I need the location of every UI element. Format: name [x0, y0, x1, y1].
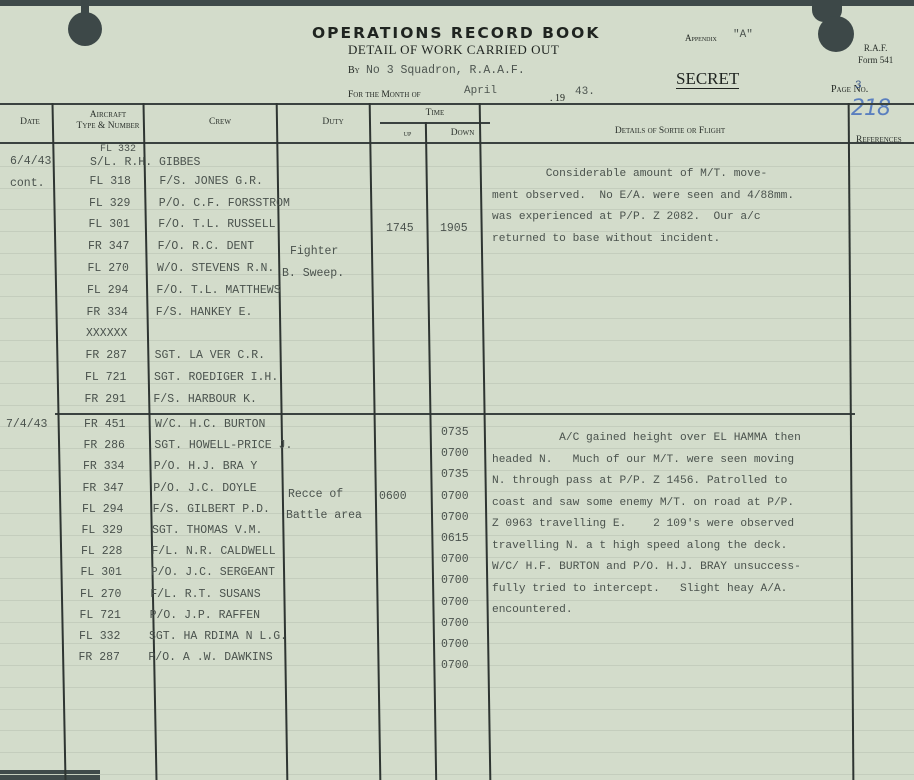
page-number: 3	[855, 80, 862, 92]
aircraft-number: FL 228	[81, 545, 122, 558]
column-header-references: References	[856, 135, 914, 146]
ruled-line	[0, 730, 914, 731]
column-header-duty: Duty	[286, 117, 380, 128]
entry-time-up: 0600	[379, 490, 407, 503]
crew-member: P/O. J.P. RAFFEN	[150, 609, 260, 622]
page-title: OPERATIONS RECORD BOOK	[312, 24, 600, 42]
aircraft-number: FR 334	[83, 460, 124, 473]
crew-member: F/O. T.L. RUSSELL	[158, 218, 275, 231]
month-value: April	[464, 85, 497, 97]
handwritten-page-number: 218	[851, 96, 890, 121]
aircraft-number: FR 287	[86, 349, 127, 362]
crew-member: F/L. N.R. CALDWELL	[151, 545, 275, 558]
squadron-name: No 3 Squadron, R.A.A.F.	[366, 64, 525, 77]
aircraft-header-line-1: Aircraft	[62, 110, 154, 121]
form-line-1: R.A.F.	[858, 42, 893, 54]
background-edge	[0, 770, 100, 780]
page-subtitle: DETAIL OF WORK CARRIED OUT	[348, 42, 559, 58]
aircraft-number: FR 334	[87, 306, 128, 319]
crew-member: SGT. HOWELL-PRICE J.	[154, 439, 292, 452]
crew-member: W/O. STEVENS R.N.	[157, 262, 274, 275]
ruled-line	[0, 340, 914, 341]
crew-member: F/S. GILBERT P.D.	[153, 503, 270, 516]
crew-member: F/O. R.C. DENT	[158, 240, 255, 253]
column-header-crew: Crew	[155, 117, 285, 128]
crew-member: P/O. J.C. SERGEANT	[151, 566, 275, 579]
ruled-line	[0, 318, 914, 319]
crew-member: SGT. ROEDIGER I.H.	[154, 371, 278, 384]
time-down: 0615	[441, 532, 469, 545]
entry-duty: Battle area	[286, 509, 362, 522]
column-header-down: Down	[435, 128, 490, 139]
entry-time-up: 1745	[386, 222, 414, 235]
column-header-details: Details of Sortie or Flight	[490, 126, 850, 137]
entry-time-down: 1905	[440, 222, 468, 235]
crew-member: SGT. HA RDIMA N L.G.	[149, 630, 287, 643]
entry-date: 6/4/43	[10, 155, 51, 168]
entry-date: 7/4/43	[6, 418, 47, 431]
ruled-line	[0, 361, 914, 362]
background-edge	[0, 0, 914, 6]
year-value: 43.	[575, 86, 595, 98]
time-down: 0700	[441, 447, 469, 460]
aircraft-number: FL 294	[82, 503, 123, 516]
column-divider	[848, 103, 854, 780]
entry-divider	[55, 413, 855, 415]
aircraft-number: FL 329	[89, 197, 130, 210]
entry-date-cont: cont.	[10, 177, 45, 190]
column-divider	[369, 103, 381, 780]
binder-hole-icon	[818, 16, 854, 52]
month-label: For the Month of	[348, 90, 421, 100]
aircraft-number: FR 286	[84, 439, 125, 452]
time-subheader-divider	[380, 122, 490, 124]
crew-member: W/C. H.C. BURTON	[155, 418, 265, 431]
entry-details: A/C gained height over EL HAMMA then hea…	[492, 428, 801, 622]
entry-duty: B. Sweep.	[282, 267, 344, 280]
ruled-line	[0, 752, 914, 753]
ruled-line	[0, 709, 914, 710]
time-down: 0700	[441, 574, 469, 587]
form-line-2: Form 541	[858, 54, 893, 66]
aircraft-number: FL 721	[85, 371, 126, 384]
ruled-line	[0, 274, 914, 275]
crew-member: SGT. LA VER C.R.	[155, 349, 265, 362]
time-down: 0700	[441, 596, 469, 609]
aircraft-number: FL 270	[80, 588, 121, 601]
ruled-line	[0, 296, 914, 297]
aircraft-number: FR 347	[83, 482, 124, 495]
column-header-time: Time	[380, 108, 490, 119]
time-down: 0700	[441, 553, 469, 566]
crew-member: P/O. J.C. DOYLE	[153, 482, 257, 495]
aircraft-number: XXXXXX	[86, 327, 127, 340]
time-down: 0700	[441, 617, 469, 630]
appendix-label: Appendix	[685, 33, 717, 43]
time-down: 0700	[441, 659, 469, 672]
crew-member: F/O. T.L. MATTHEWS	[156, 284, 280, 297]
crew-member: P/O. A .W. DAWKINS	[148, 651, 272, 664]
ruled-line	[0, 687, 914, 688]
ruled-line	[0, 405, 914, 406]
time-down: 0700	[441, 638, 469, 651]
entry-duty: Fighter	[290, 245, 338, 258]
aircraft-number: FR 291	[85, 393, 126, 406]
aircraft-number: FL 329	[82, 524, 123, 537]
crew-member: F/S. HANKEY E.	[156, 306, 253, 319]
column-header-date: Date	[0, 117, 60, 128]
ruled-line	[0, 774, 914, 775]
crew-member: SGT. THOMAS V.M.	[152, 524, 262, 537]
time-down: 0735	[441, 468, 469, 481]
aircraft-number: FR 287	[79, 651, 120, 664]
aircraft-number: FL 332	[100, 144, 136, 155]
aircraft-number: FL 301	[89, 218, 130, 231]
time-down: 0735	[441, 426, 469, 439]
entry-details: Considerable amount of M/T. move- ment o…	[492, 164, 794, 250]
time-down: 0700	[441, 490, 469, 503]
column-header-up: up	[380, 128, 435, 139]
crew-member: S/L. R.H. GIBBES	[90, 156, 200, 169]
crew-member: P/O. C.F. FORSSTROM	[159, 197, 290, 210]
ruled-line	[0, 253, 914, 254]
aircraft-number: FL 318	[90, 175, 131, 188]
crew-member: F/S. JONES G.R.	[159, 175, 263, 188]
form-number: R.A.F. Form 541	[858, 42, 893, 66]
aircraft-header-line-2: Type & Number	[62, 121, 154, 132]
entry-duty: Recce of	[288, 488, 343, 501]
classification-stamp: SECRET	[676, 70, 739, 89]
header-bottom-border	[0, 142, 914, 144]
crew-member: F/L. R.T. SUSANS	[150, 588, 260, 601]
page-label: Page No.	[831, 84, 868, 95]
aircraft-number: FL 721	[80, 609, 121, 622]
by-label: By	[348, 65, 360, 76]
column-header-aircraft: Aircraft Type & Number	[62, 110, 154, 132]
aircraft-number: FL 270	[88, 262, 129, 275]
binder-hole-icon	[68, 12, 102, 46]
column-divider	[52, 103, 66, 780]
crew-member: F/S. HARBOUR K.	[153, 393, 257, 406]
appendix-value: "A"	[733, 29, 753, 41]
column-divider	[425, 122, 437, 780]
table-top-border	[0, 103, 914, 105]
ruled-line	[0, 383, 914, 384]
aircraft-number: FR 347	[88, 240, 129, 253]
aircraft-number: FR 451	[84, 418, 125, 431]
aircraft-number: FL 301	[81, 566, 122, 579]
aircraft-number: FL 332	[79, 630, 120, 643]
aircraft-number: FL 294	[87, 284, 128, 297]
time-down: 0700	[441, 511, 469, 524]
crew-member: P/O. H.J. BRA Y	[154, 460, 258, 473]
column-divider	[479, 103, 491, 780]
